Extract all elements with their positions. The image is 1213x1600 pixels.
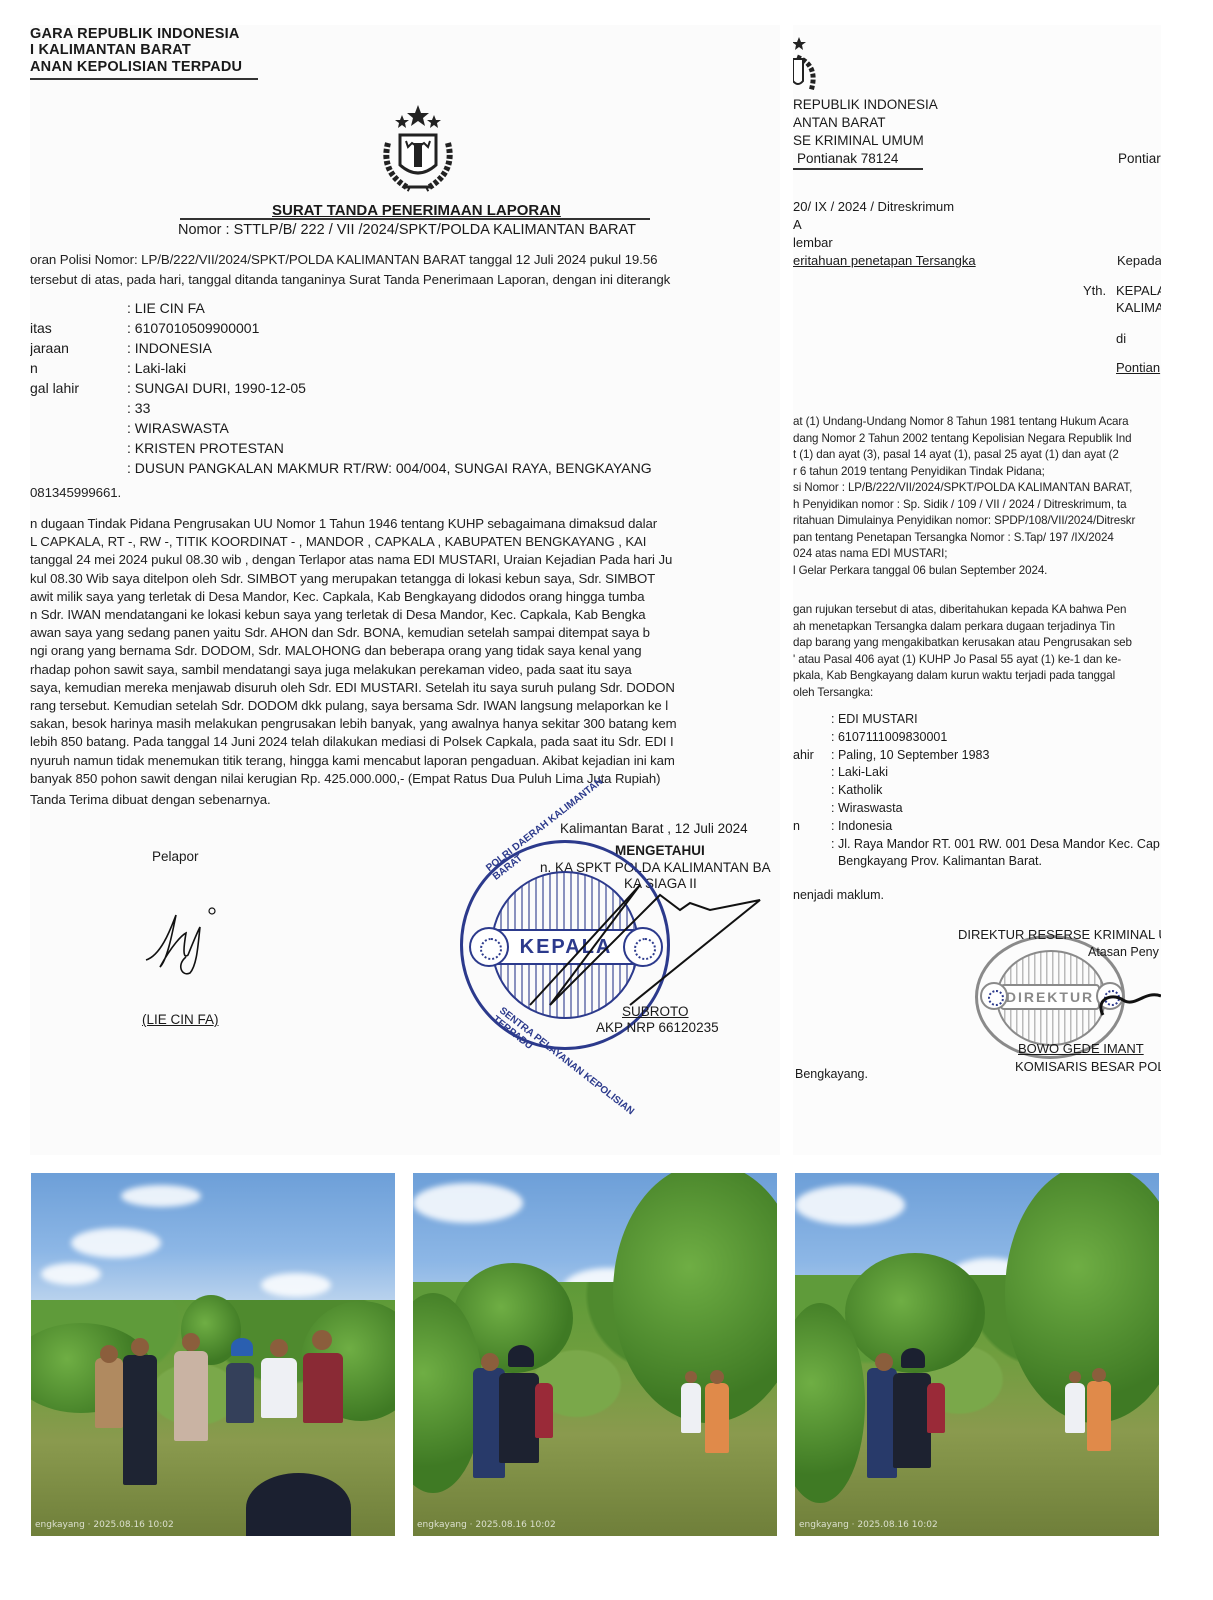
place-date: Kalimantan Barat , 12 Juli 2024 [560, 822, 748, 836]
letterhead-line: GARA REPUBLIK INDONESIA [30, 27, 240, 42]
reporter-label: Pelapor [152, 850, 199, 864]
field-value: : Indonesia [831, 820, 892, 833]
closing-statement: Tanda Terima dibuat dengan sebenarnya. [30, 793, 271, 806]
signatory-title: DIREKTUR RESERSE KRIMINAL U [958, 928, 1161, 941]
stamp-band: DIREKTUR [1000, 984, 1100, 1010]
reference-line: at (1) Undang-Undang Nomor 8 Tahun 1981 … [793, 416, 1128, 428]
officer-signature [510, 855, 770, 1015]
reporter-name: (LIE CIN FA) [142, 1013, 219, 1027]
field-value: : 6107010509900001 [127, 321, 259, 335]
field-value: : Paling, 10 September 1983 [831, 749, 989, 762]
field-value: : Laki-laki [127, 361, 186, 375]
description-line: tanggal 24 mei 2024 pukul 08.30 wib , de… [30, 553, 672, 566]
phone-number: 081345999661. [30, 486, 121, 499]
field-label: itas [30, 321, 52, 335]
reference-line: 024 atas nama EDI MUSTARI; [793, 548, 947, 560]
intro-line: tersebut di atas, pada hari, tanggal dit… [30, 273, 670, 286]
foreground-cap [246, 1473, 351, 1536]
description-line: sakan, besok harinya masih melakukan pen… [30, 717, 676, 730]
field-value: : Jl. Raya Mandor RT. 001 RW. 001 Desa M… [831, 838, 1160, 851]
field-label: n [793, 820, 800, 833]
reference-line: si Nomor : LP/B/222/VII/2024/SPKT/POLDA … [793, 482, 1132, 494]
suspect-determination-notice: REPUBLIK INDONESIA ANTAN BARAT SE KRIMIN… [793, 25, 1161, 1155]
description-line: L CAPKALA, RT -, RW -, TITIK KOORDINAT -… [30, 535, 646, 548]
reference-line: h Penyidikan nomor : Sp. Sidik / 109 / V… [793, 499, 1126, 511]
reporter-signature [142, 905, 222, 980]
site-photo: engkayang · 2025.08.16 10:02 [31, 1173, 395, 1536]
officer-rank: AKP NRP 66120235 [596, 1021, 719, 1035]
description-line: n dugaan Tindak Pidana Pengrusakan UU No… [30, 517, 657, 530]
reference-line: ritahuan Dimulainya Penyidikan nomor: SP… [793, 515, 1135, 527]
site-photo: engkayang · 2025.08.16 10:02 [413, 1173, 777, 1536]
field-value: Bengkayang Prov. Kalimantan Barat. [831, 855, 1042, 868]
recipient-yth: Yth. [1083, 284, 1106, 297]
police-seal-icon [980, 982, 1008, 1010]
letter-attachment: lembar [793, 236, 833, 249]
field-value: : LIE CIN FA [127, 301, 205, 315]
description-line: awit milik saya yang terletak di Desa Ma… [30, 590, 644, 603]
document-number: Nomor : STTLP/B/ 222 / VII /2024/SPKT/PO… [178, 223, 636, 238]
recipient-line: KEPALA [1116, 284, 1161, 297]
description-line: saya, kemudian mereka menjawab disuruh o… [30, 681, 675, 694]
recipient-city: Pontian [1116, 361, 1160, 374]
police-emblem-icon [793, 35, 827, 95]
field-value: : 33 [127, 401, 150, 415]
letterhead-line: ANTAN BARAT [793, 116, 886, 130]
signatory-rank: KOMISARIS BESAR POL [1015, 1060, 1161, 1073]
notice-line: pkala, Kab Bengkayang dalam kurun waktu … [793, 670, 1115, 682]
letterhead-line: REPUBLIK INDONESIA [793, 98, 938, 112]
notice-line: oleh Tersangka: [793, 687, 873, 699]
description-line: ngi orang yang bernama Sdr. DODOM, Sdr. … [30, 644, 642, 657]
letterhead-rule [30, 78, 258, 80]
field-value: : SUNGAI DURI, 1990-12-05 [127, 381, 306, 395]
notice-line: gan rujukan tersebut di atas, diberitahu… [793, 604, 1126, 616]
field-label: n [30, 361, 38, 375]
description-line: awan saya yang sedang panen yaitu Sdr. A… [30, 626, 650, 639]
description-line: rhadap pohon sawit saya, sambil mendatan… [30, 663, 632, 676]
notice-line: ah menetapkan Tersangka dalam perkara du… [793, 621, 1115, 633]
recipient-di: di [1116, 332, 1126, 345]
field-value: : Wiraswasta [831, 802, 903, 815]
description-line: kul 08.30 Wib saya ditelpon oleh Sdr. SI… [30, 572, 655, 585]
field-value: : WIRASWASTA [127, 421, 229, 435]
site-photo: engkayang · 2025.08.16 10:02 [795, 1173, 1159, 1536]
police-emblem-icon [370, 103, 466, 195]
field-value: : Laki-Laki [831, 766, 888, 779]
reference-line: pan tentang Penetapan Tersangka Nomor : … [793, 532, 1114, 544]
letter-number: 20/ IX / 2024 / Ditreskrimum [793, 200, 954, 213]
letter-subject: eritahuan penetapan Tersangka [793, 254, 976, 267]
letter-place: Pontiar [1118, 152, 1161, 166]
closing-statement: nenjadi maklum. [793, 889, 884, 902]
letterhead-rule [793, 168, 923, 170]
letterhead-line: I KALIMANTAN BARAT [30, 43, 191, 58]
field-value: : Katholik [831, 784, 882, 797]
field-value: : INDONESIA [127, 341, 212, 355]
police-report-receipt: GARA REPUBLIK INDONESIA I KALIMANTAN BAR… [30, 25, 780, 1155]
letterhead-line: ANAN KEPOLISIAN TERPADU [30, 60, 242, 75]
intro-line: oran Polisi Nomor: LP/B/222/VII/2024/SPK… [30, 253, 657, 266]
field-label: ahir [793, 749, 814, 762]
recipient-line: KALIMA [1116, 301, 1161, 314]
notice-line: dap barang yang mengakibatkan kerusakan … [793, 637, 1132, 649]
photo-timestamp: engkayang · 2025.08.16 10:02 [35, 1520, 174, 1530]
description-line: lebih 850 batang. Pada tanggal 14 Juni 2… [30, 735, 674, 748]
reference-line: r 6 tahun 2019 tentang Penyidikan Tindak… [793, 466, 1045, 478]
signatory-name: BOWO GEDE IMANT [1018, 1042, 1144, 1055]
letter-classification: A [793, 218, 802, 231]
field-value: : KRISTEN PROTESTAN [127, 441, 284, 455]
signatory-subtitle: Atasan Peny [1088, 946, 1159, 959]
description-line: n Sdr. IWAN mendatangani ke lokasi kebun… [30, 608, 646, 621]
field-value: : DUSUN PANGKALAN MAKMUR RT/RW: 004/004,… [127, 461, 652, 475]
reference-line: t (1) dan ayat (3), pasal 14 ayat (1), p… [793, 449, 1119, 461]
reference-line: l Gelar Perkara tanggal 06 bulan Septemb… [793, 565, 1047, 577]
photo-timestamp: engkayang · 2025.08.16 10:02 [799, 1520, 938, 1530]
field-label: jaraan [30, 341, 69, 355]
document-title: SURAT TANDA PENERIMAAN LAPORAN [272, 203, 561, 218]
field-value: : EDI MUSTARI [831, 713, 918, 726]
description-line: nyuruh namun tidak menemukan titik teran… [30, 754, 675, 767]
photo-timestamp: engkayang · 2025.08.16 10:02 [417, 1520, 556, 1530]
letterhead-line: SE KRIMINAL UMUM [793, 134, 924, 148]
police-seal-icon [469, 927, 509, 967]
recipient-kepada: Kepada [1117, 254, 1161, 267]
title-rule [180, 218, 650, 220]
field-label: gal lahir [30, 381, 79, 395]
field-value: : 6107111009830001 [831, 731, 947, 744]
description-line: banyak 850 pohon sawit dengan nilai keru… [30, 772, 660, 785]
letterhead-address: Pontianak 78124 [797, 152, 898, 166]
notice-line: ' atau Pasal 406 ayat (1) KUHP Jo Pasal … [793, 654, 1121, 666]
carbon-copy: Bengkayang. [795, 1068, 868, 1081]
reference-line: dang Nomor 2 Tahun 2002 tentang Kepolisi… [793, 433, 1131, 445]
description-line: rang tersebut. Kemudian setelah Sdr. DOD… [30, 699, 668, 712]
officer-name: SUBROTO [622, 1005, 689, 1019]
director-signature [1093, 980, 1161, 1020]
